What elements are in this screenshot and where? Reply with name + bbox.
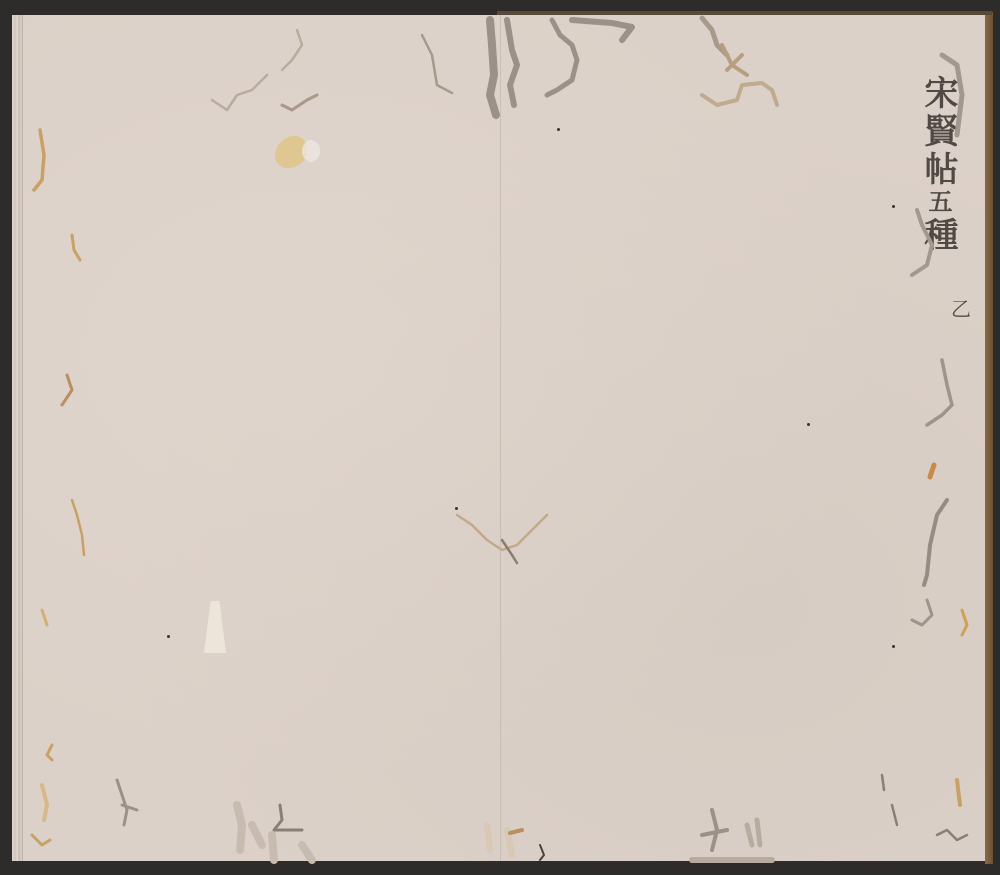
title-char-1: 宋: [918, 75, 958, 113]
scan-canvas: 宋賢帖五種 乙: [0, 0, 1000, 875]
ink-speck: [557, 128, 560, 131]
paper-repair-patch-top: [302, 140, 320, 162]
cover-board-edge: [985, 12, 993, 864]
title-label: 宋賢帖五種 乙: [905, 75, 975, 325]
paper-repair-patch: [204, 601, 226, 653]
ink-speck: [167, 635, 170, 638]
ink-speck: [892, 645, 895, 648]
title-char-3: 帖: [918, 151, 958, 189]
title-calligraphy: 宋賢帖五種: [921, 75, 955, 255]
title-char-5: 種: [918, 217, 958, 255]
top-board-edge: [497, 11, 992, 15]
volume-mark: 乙: [951, 293, 971, 322]
book-page: 宋賢帖五種 乙: [12, 15, 987, 861]
title-char-2: 賢: [918, 113, 958, 151]
ink-speck: [807, 423, 810, 426]
ink-speck: [892, 205, 895, 208]
center-fold-line: [500, 15, 501, 861]
title-char-4: 五: [924, 189, 953, 217]
ink-speck: [455, 507, 458, 510]
page-stack-edge: [12, 15, 23, 861]
